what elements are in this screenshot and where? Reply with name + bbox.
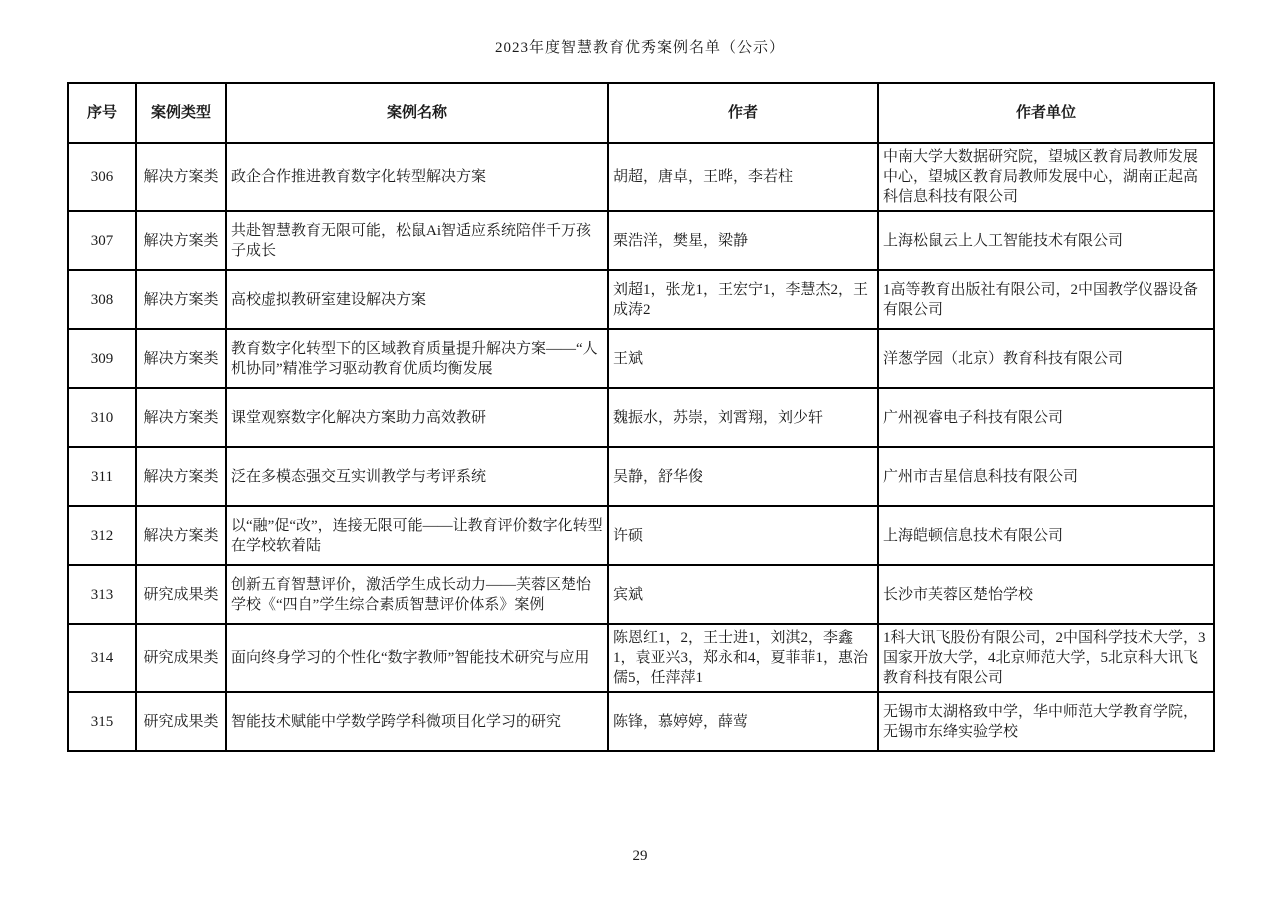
cell-case-type: 解决方案类 [136, 506, 226, 565]
cell-case-number: 310 [68, 388, 136, 447]
table-row: 310 解决方案类 课堂观察数字化解决方案助力高效教研 魏振水，苏崇，刘霄翔，刘… [68, 388, 1214, 447]
cell-case-name: 共赴智慧教育无限可能，松鼠Ai智适应系统陪伴千万孩子成长 [226, 211, 608, 270]
cell-case-type: 解决方案类 [136, 211, 226, 270]
header-no: 序号 [68, 83, 136, 143]
cell-case-number: 309 [68, 329, 136, 388]
table-row: 315 研究成果类 智能技术赋能中学数学跨学科微项目化学习的研究 陈锋，慕婷婷，… [68, 692, 1214, 751]
cell-authors: 王斌 [608, 329, 878, 388]
header-authors: 作者 [608, 83, 878, 143]
cell-case-type: 解决方案类 [136, 270, 226, 329]
cell-case-name: 以“融”促“改”，连接无限可能——让教育评价数字化转型在学校软着陆 [226, 506, 608, 565]
cell-author-org: 上海皑顿信息技术有限公司 [878, 506, 1214, 565]
cell-case-name: 高校虚拟教研室建设解决方案 [226, 270, 608, 329]
header-org: 作者单位 [878, 83, 1214, 143]
cases-table: 序号 案例类型 案例名称 作者 作者单位 306 解决方案类 政企合作推进教育数… [67, 82, 1215, 752]
page-number: 29 [0, 848, 1280, 865]
cell-authors: 吴静，舒华俊 [608, 447, 878, 506]
cell-author-org: 1科大讯飞股份有限公司，2中国科学技术大学，3国家开放大学，4北京师范大学，5北… [878, 624, 1214, 692]
table-body: 306 解决方案类 政企合作推进教育数字化转型解决方案 胡超，唐卓，王晔，李若柱… [68, 143, 1214, 751]
table-row: 313 研究成果类 创新五育智慧评价，激活学生成长动力——芙蓉区楚怡学校《“四自… [68, 565, 1214, 624]
cell-authors: 陈锋，慕婷婷，薛莺 [608, 692, 878, 751]
cell-author-org: 洋葱学园（北京）教育科技有限公司 [878, 329, 1214, 388]
cell-authors: 魏振水，苏崇，刘霄翔，刘少轩 [608, 388, 878, 447]
cell-case-type: 解决方案类 [136, 329, 226, 388]
cell-author-org: 广州市吉星信息科技有限公司 [878, 447, 1214, 506]
cell-case-type: 解决方案类 [136, 143, 226, 211]
cell-author-org: 上海松鼠云上人工智能技术有限公司 [878, 211, 1214, 270]
cell-case-name: 泛在多模态强交互实训教学与考评系统 [226, 447, 608, 506]
cell-authors: 栗浩洋，樊星，梁静 [608, 211, 878, 270]
cell-case-number: 311 [68, 447, 136, 506]
cell-case-type: 研究成果类 [136, 624, 226, 692]
cell-case-name: 智能技术赋能中学数学跨学科微项目化学习的研究 [226, 692, 608, 751]
header-name: 案例名称 [226, 83, 608, 143]
cell-case-number: 308 [68, 270, 136, 329]
cell-author-org: 无锡市太湖格致中学，华中师范大学教育学院，无锡市东绛实验学校 [878, 692, 1214, 751]
table-row: 314 研究成果类 面向终身学习的个性化“数字教师”智能技术研究与应用 陈恩红1… [68, 624, 1214, 692]
cell-case-type: 研究成果类 [136, 565, 226, 624]
cell-case-name: 创新五育智慧评价，激活学生成长动力——芙蓉区楚怡学校《“四自”学生综合素质智慧评… [226, 565, 608, 624]
cell-case-type: 解决方案类 [136, 447, 226, 506]
page-title: 2023年度智慧教育优秀案例名单（公示） [0, 36, 1280, 57]
cell-authors: 胡超，唐卓，王晔，李若柱 [608, 143, 878, 211]
cell-authors: 许硕 [608, 506, 878, 565]
cell-authors: 陈恩红1，2，王士进1，刘淇2，李鑫1，袁亚兴3，郑永和4，夏菲菲1，惠治儒5，… [608, 624, 878, 692]
table-row: 312 解决方案类 以“融”促“改”，连接无限可能——让教育评价数字化转型在学校… [68, 506, 1214, 565]
cell-author-org: 广州视睿电子科技有限公司 [878, 388, 1214, 447]
cell-case-type: 解决方案类 [136, 388, 226, 447]
cell-case-type: 研究成果类 [136, 692, 226, 751]
table-header-row: 序号 案例类型 案例名称 作者 作者单位 [68, 83, 1214, 143]
cell-author-org: 中南大学大数据研究院，望城区教育局教师发展中心，望城区教育局教师发展中心，湖南正… [878, 143, 1214, 211]
cell-case-name: 面向终身学习的个性化“数字教师”智能技术研究与应用 [226, 624, 608, 692]
cell-author-org: 长沙市芙蓉区楚怡学校 [878, 565, 1214, 624]
cell-case-number: 315 [68, 692, 136, 751]
cell-authors: 宾斌 [608, 565, 878, 624]
table-row: 311 解决方案类 泛在多模态强交互实训教学与考评系统 吴静，舒华俊 广州市吉星… [68, 447, 1214, 506]
cell-case-number: 314 [68, 624, 136, 692]
table-row: 307 解决方案类 共赴智慧教育无限可能，松鼠Ai智适应系统陪伴千万孩子成长 栗… [68, 211, 1214, 270]
table-row: 308 解决方案类 高校虚拟教研室建设解决方案 刘超1，张龙1，王宏宁1，李慧杰… [68, 270, 1214, 329]
cell-case-name: 教育数字化转型下的区域教育质量提升解决方案——“人机协同”精准学习驱动教育优质均… [226, 329, 608, 388]
table-row: 309 解决方案类 教育数字化转型下的区域教育质量提升解决方案——“人机协同”精… [68, 329, 1214, 388]
table-row: 306 解决方案类 政企合作推进教育数字化转型解决方案 胡超，唐卓，王晔，李若柱… [68, 143, 1214, 211]
header-type: 案例类型 [136, 83, 226, 143]
cell-case-number: 312 [68, 506, 136, 565]
cell-case-name: 课堂观察数字化解决方案助力高效教研 [226, 388, 608, 447]
cell-case-number: 313 [68, 565, 136, 624]
cell-case-number: 307 [68, 211, 136, 270]
document-page: { "page": { "title": "2023年度智慧教育优秀案例名单（公… [0, 0, 1280, 905]
cell-authors: 刘超1，张龙1，王宏宁1，李慧杰2，王成涛2 [608, 270, 878, 329]
cell-case-name: 政企合作推进教育数字化转型解决方案 [226, 143, 608, 211]
cell-case-number: 306 [68, 143, 136, 211]
cell-author-org: 1高等教育出版社有限公司，2中国教学仪器设备有限公司 [878, 270, 1214, 329]
